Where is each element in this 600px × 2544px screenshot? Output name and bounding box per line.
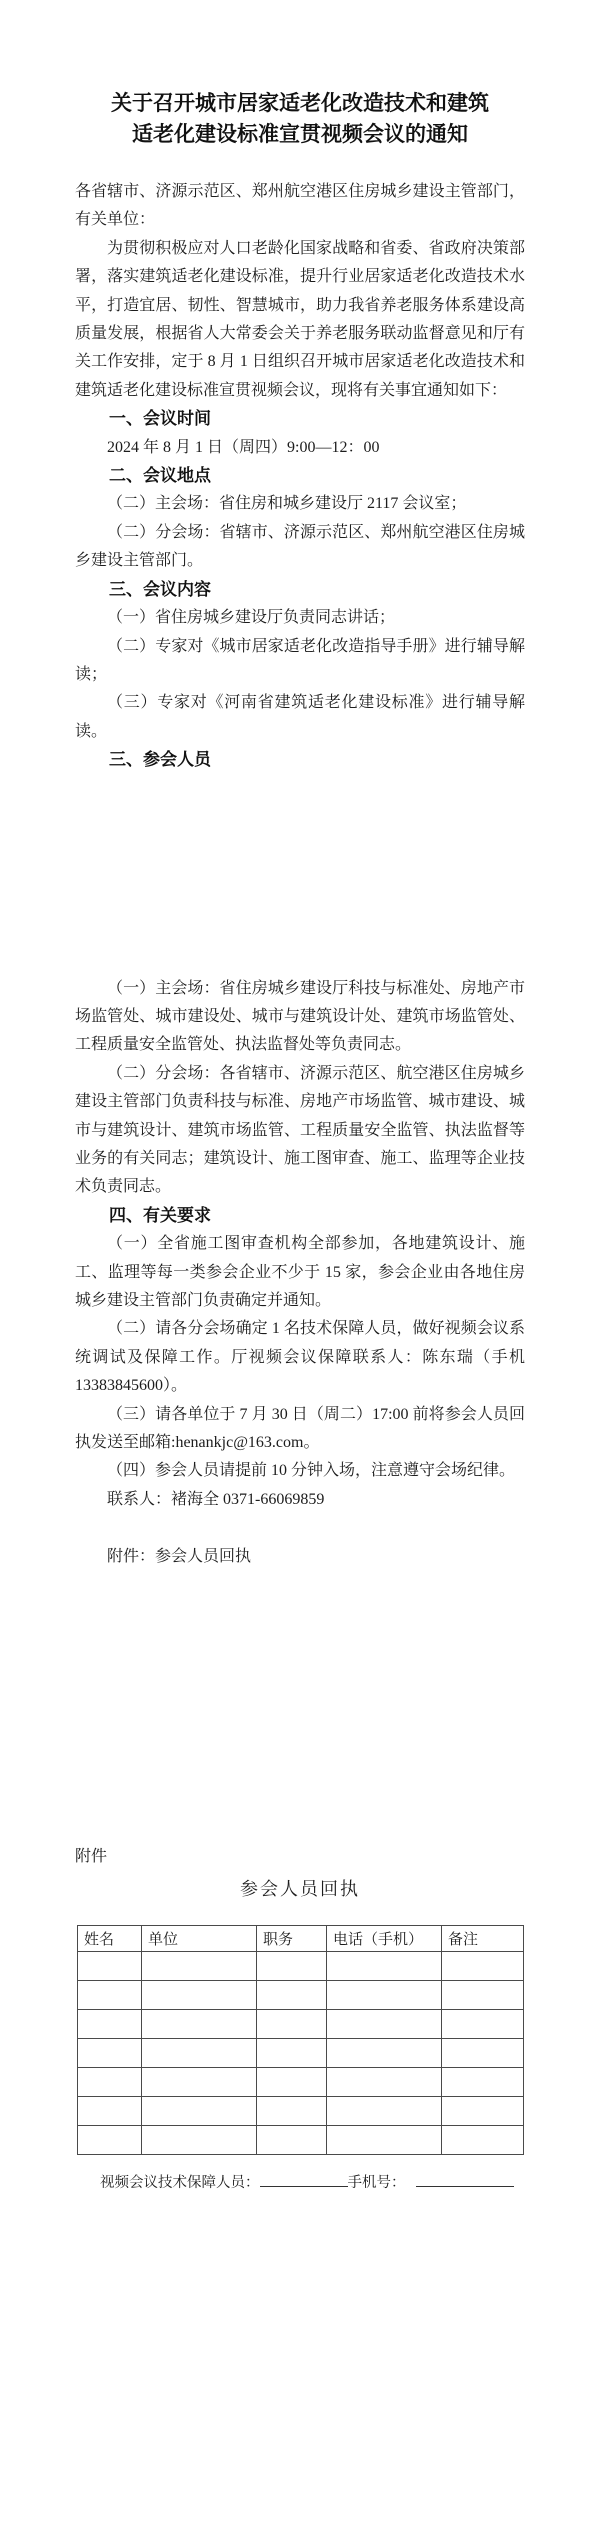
section-heading-meeting-time: 一、会议时间 [75,405,525,433]
table-header-position: 职务 [257,1926,327,1952]
section-heading-requirements: 四、有关要求 [75,1202,525,1230]
content-item-3: （三）专家对《河南省建筑适老化建设标准》进行辅导解读。 [75,689,525,746]
tech-support-label: 视频会议技术保障人员： [100,2175,260,2191]
table-cell [442,1981,524,2010]
table-cell [257,1981,327,2010]
table-cell [78,2068,142,2097]
notice-document-page: 关于召开城市居家适老化改造技术和建筑 适老化建设标准宣贯视频会议的通知 各省辖市… [0,0,600,2544]
table-header-remark: 备注 [442,1926,524,1952]
phone-number-blank [416,2172,514,2187]
meeting-time: 2024 年 8 月 1 日（周四）9:00—12：00 [75,434,525,462]
table-cell [327,2126,442,2155]
page-break-gap [75,775,525,975]
attachment-title: 参会人员回执 [75,1875,525,1903]
table-cell [78,2010,142,2039]
table-cell [327,1981,442,2010]
table-cell [442,2126,524,2155]
table-cell [142,1981,257,2010]
table-cell [257,1952,327,1981]
table-cell [142,2068,257,2097]
branch-venue: （二）分会场：省辖市、济源示范区、郑州航空港区住房城乡建设主管部门。 [75,519,525,576]
table-row [78,2097,524,2126]
table-header-name: 姓名 [78,1926,142,1952]
table-row [78,2126,524,2155]
table-row [78,2010,524,2039]
attachment-section: 附件 参会人员回执 姓名 单位 职务 电话（手机） 备注 [75,1843,525,2194]
table-cell [442,2039,524,2068]
table-cell [78,2039,142,2068]
table-cell [257,2039,327,2068]
phone-label: 手机号： [348,2175,406,2191]
main-venue: （二）主会场：省住房和城乡建设厅 2117 会议室； [75,490,525,518]
content-item-2: （二）专家对《城市居家适老化改造指导手册》进行辅导解读； [75,633,525,690]
table-cell [257,2126,327,2155]
table-cell [442,2097,524,2126]
requirement-2: （二）请各分会场确定 1 名技术保障人员，做好视频会议系统调试及保障工作。厅视频… [75,1315,525,1400]
table-cell [78,1981,142,2010]
attendees-main-venue: （一）主会场：省住房城乡建设厅科技与标准处、房地产市场监管处、城市建设处、城市与… [75,975,525,1060]
document-title-line1: 关于召开城市居家适老化改造技术和建筑 [75,88,525,119]
table-row [78,1952,524,1981]
page-break-gap-2 [75,1571,525,1843]
table-cell [327,2068,442,2097]
table-cell [257,2010,327,2039]
requirement-3: （三）请各单位于 7 月 30 日（周二）17:00 前将参会人员回执发送至邮箱… [75,1401,525,1458]
table-cell [257,2068,327,2097]
table-cell [142,2097,257,2126]
tech-support-name-blank [260,2172,348,2187]
contact-line: 联系人：褚海全 0371-66069859 [75,1486,525,1514]
table-header-organization: 单位 [142,1926,257,1952]
tech-support-line: 视频会议技术保障人员：手机号： [100,2172,525,2194]
table-row [78,2068,524,2097]
table-cell [257,2097,327,2126]
table-header-phone: 电话（手机） [327,1926,442,1952]
salutation: 各省辖市、济源示范区、郑州航空港区住房城乡建设主管部门，有关单位： [75,178,525,235]
table-cell [442,2010,524,2039]
table-cell [142,2126,257,2155]
table-cell [142,2010,257,2039]
section-heading-meeting-place: 二、会议地点 [75,462,525,490]
table-cell [442,1952,524,1981]
attachment-label: 附件 [75,1843,525,1871]
blank-line [75,1514,525,1542]
return-receipt-table: 姓名 单位 职务 电话（手机） 备注 [77,1925,524,2155]
attachment-reference: 附件：参会人员回执 [75,1543,525,1571]
document-title-line2: 适老化建设标准宣贯视频会议的通知 [75,119,525,150]
table-cell [142,1952,257,1981]
requirement-4: （四）参会人员请提前 10 分钟入场，注意遵守会场纪律。 [75,1457,525,1485]
document-title: 关于召开城市居家适老化改造技术和建筑 适老化建设标准宣贯视频会议的通知 [75,88,525,150]
table-cell [327,2010,442,2039]
table-cell [78,1952,142,1981]
attendees-branch-venue: （二）分会场：各省辖市、济源示范区、航空港区住房城乡建设主管部门负责科技与标准、… [75,1060,525,1202]
table-cell [327,2097,442,2126]
table-row [78,1981,524,2010]
table-cell [78,2126,142,2155]
table-row [78,2039,524,2068]
content-item-1: （一）省住房城乡建设厅负责同志讲话； [75,604,525,632]
table-cell [142,2039,257,2068]
table-cell [327,1952,442,1981]
intro-paragraph: 为贯彻积极应对人口老龄化国家战略和省委、省政府决策部署，落实建筑适老化建设标准，… [75,235,525,405]
section-heading-attendees: 三、参会人员 [75,746,525,774]
table-cell [327,2039,442,2068]
table-header-row: 姓名 单位 职务 电话（手机） 备注 [78,1926,524,1952]
table-cell [442,2068,524,2097]
table-cell [78,2097,142,2126]
requirement-1: （一）全省施工图审查机构全部参加，各地建筑设计、施工、监理等每一类参会企业不少于… [75,1230,525,1315]
section-heading-meeting-content: 三、会议内容 [75,576,525,604]
notice-body: 各省辖市、济源示范区、郑州航空港区住房城乡建设主管部门，有关单位： 为贯彻积极应… [75,178,525,1571]
